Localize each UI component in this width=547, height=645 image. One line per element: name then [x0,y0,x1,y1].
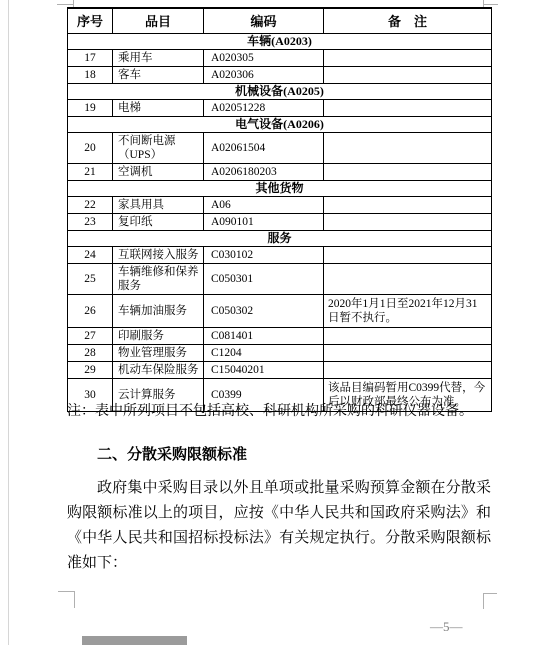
item-name: 空调机 [113,163,204,180]
item-name: 家具用具 [113,196,204,213]
document-page: 序号 品目 编码 备 注 车辆(A0203)17乘用车A02030518客车A0… [0,0,547,645]
item-remark [324,163,492,180]
item-remark [324,99,492,116]
row-number: 20 [68,132,113,163]
item-remark [324,263,492,294]
item-name: 乘用车 [113,49,204,66]
section-row: 车辆(A0203) [68,33,492,49]
section-label: 其他货物 [68,180,492,196]
table-row: 17乘用车A020305 [68,49,492,66]
text-boundary-mark-bottom-right [483,593,497,594]
section-paragraph: 政府集中采购目录以外且单项或批量采购预算金额在分散采购限额标准以上的项目，应按《… [67,476,491,576]
item-remark [324,361,492,378]
item-name: 印刷服务 [113,327,204,344]
section-row: 服务 [68,230,492,246]
table-row: 25车辆维修和保养服务C050301 [68,263,492,294]
table-row: 29机动车保险服务C15040201 [68,361,492,378]
bottom-bar-fragment [82,636,187,645]
page-edge-line [8,0,9,645]
section-label: 电气设备(A0206) [68,116,492,132]
item-name: 车辆加油服务 [113,294,204,327]
item-name: 不间断电源（UPS） [113,132,204,163]
item-name: 车辆维修和保养服务 [113,263,204,294]
row-number: 24 [68,246,113,263]
section-label: 服务 [68,230,492,246]
item-code: C030102 [204,246,324,263]
header-no: 序号 [68,8,113,33]
row-number: 21 [68,163,113,180]
body-text: 注：表中所列项目不包括高校、科研机构所采购的科研仪器设备。 二、分散采购限额标准… [67,402,491,576]
item-remark [324,213,492,230]
header-item: 品目 [113,8,204,33]
section-row: 电气设备(A0206) [68,116,492,132]
item-remark [324,246,492,263]
item-code: C050301 [204,263,324,294]
section-row: 其他货物 [68,180,492,196]
item-code: A020306 [204,66,324,83]
row-number: 18 [68,66,113,83]
page-number: —5— [430,619,502,635]
section-label: 机械设备(A0205) [68,83,492,99]
item-code: C081401 [204,327,324,344]
table-row: 21空调机A0206180203 [68,163,492,180]
item-name: 物业管理服务 [113,344,204,361]
item-name: 互联网接入服务 [113,246,204,263]
table-row: 28物业管理服务C1204 [68,344,492,361]
table-row: 20不间断电源（UPS）A02061504 [68,132,492,163]
section-row: 机械设备(A0205) [68,83,492,99]
row-number: 28 [68,344,113,361]
item-name: 客车 [113,66,204,83]
item-code: C050302 [204,294,324,327]
item-code: A020305 [204,49,324,66]
item-remark: 2020年1月1日至2021年12月31日暂不执行。 [324,294,492,327]
row-number: 25 [68,263,113,294]
item-remark [324,196,492,213]
row-number: 29 [68,361,113,378]
item-code: A0206180203 [204,163,324,180]
row-number: 23 [68,213,113,230]
text-boundary-mark-top-right [483,4,498,5]
item-name: 复印纸 [113,213,204,230]
row-number: 27 [68,327,113,344]
item-remark [324,66,492,83]
row-number: 17 [68,49,113,66]
item-name: 机动车保险服务 [113,361,204,378]
table-row: 24互联网接入服务C030102 [68,246,492,263]
header-code: 编码 [204,8,324,33]
item-code: C15040201 [204,361,324,378]
item-code: A02061504 [204,132,324,163]
text-boundary-mark-bottom-left [74,591,75,608]
text-boundary-mark-bottom-right [483,593,484,609]
section-label: 车辆(A0203) [68,33,492,49]
table-footnote: 注：表中所列项目不包括高校、科研机构所采购的科研仪器设备。 [67,402,491,422]
procurement-catalog-table: 序号 品目 编码 备 注 车辆(A0203)17乘用车A02030518客车A0… [67,7,492,412]
text-boundary-mark-bottom-left [58,591,75,592]
table-row: 22家具用具A06 [68,196,492,213]
section-heading: 二、分散采购限额标准 [67,444,491,466]
table-row: 27印刷服务C081401 [68,327,492,344]
table-row: 23复印纸A090101 [68,213,492,230]
item-remark [324,344,492,361]
item-name: 电梯 [113,99,204,116]
table-header-row: 序号 品目 编码 备 注 [68,8,492,33]
header-remark: 备 注 [324,8,492,33]
item-code: C1204 [204,344,324,361]
table-body: 车辆(A0203)17乘用车A02030518客车A020306机械设备(A02… [68,33,492,411]
row-number: 26 [68,294,113,327]
table-row: 19电梯A02051228 [68,99,492,116]
item-code: A090101 [204,213,324,230]
item-remark [324,132,492,163]
item-code: A02051228 [204,99,324,116]
text-boundary-mark-top-left [57,4,74,5]
table-row: 18客车A020306 [68,66,492,83]
item-remark [324,49,492,66]
row-number: 19 [68,99,113,116]
table-row: 26车辆加油服务C0503022020年1月1日至2021年12月31日暂不执行… [68,294,492,327]
row-number: 22 [68,196,113,213]
item-code: A06 [204,196,324,213]
item-remark [324,327,492,344]
